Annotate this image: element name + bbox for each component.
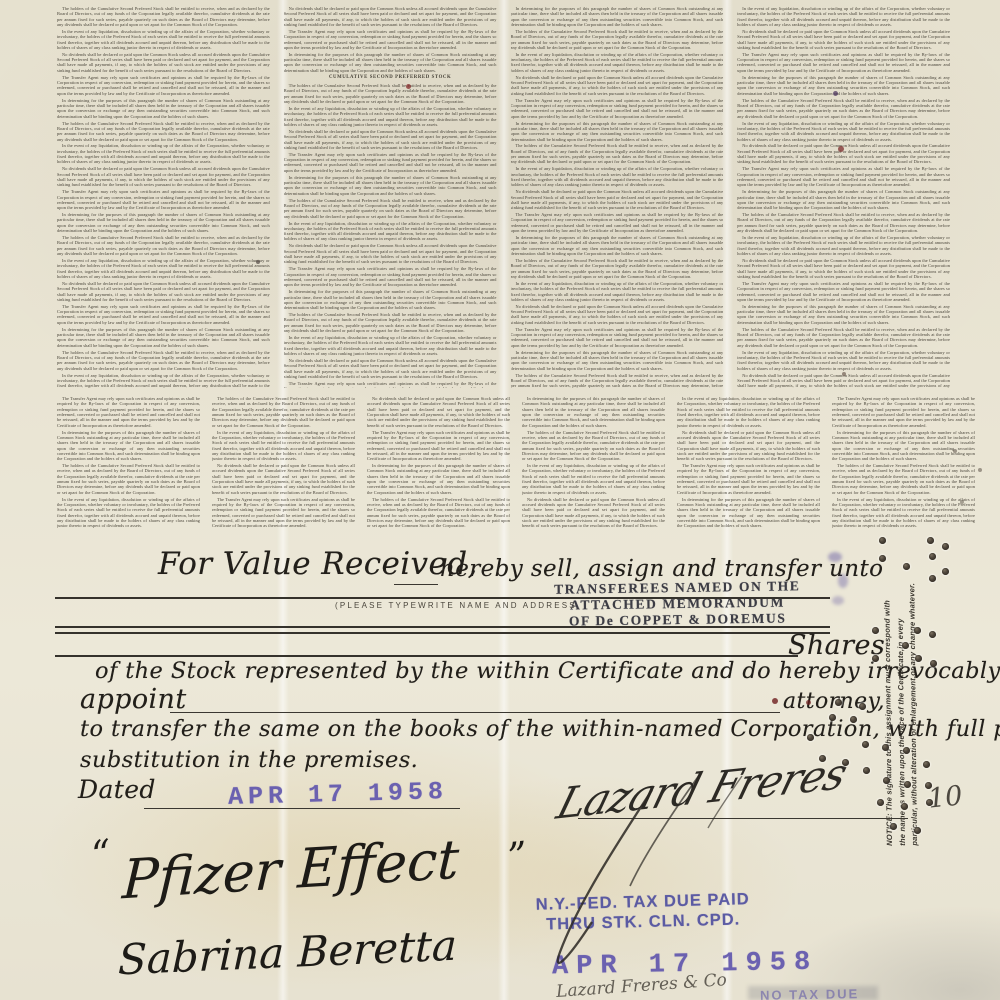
punch-hole (925, 782, 932, 789)
punch-hole (819, 755, 826, 762)
punch-hole (927, 537, 934, 544)
punch-hole (890, 823, 897, 830)
punch-hole (862, 741, 869, 748)
punch-hole (872, 655, 879, 662)
for-value-received-text: For Value Received, (158, 546, 478, 582)
tax-stamp-line2: THRU STK. CLN. CPD. (536, 909, 750, 935)
handwritten-number-10: 10 (926, 780, 963, 814)
substitution-text: substitution in the premises. (80, 747, 418, 773)
punch-hole (914, 827, 921, 834)
certificate-back-page: The holders of the Cumulative Second Pre… (0, 0, 1000, 1000)
ink-speck (772, 698, 778, 704)
stock-represented-text: of the Stock represented by the within C… (95, 658, 1000, 684)
punch-hole (872, 627, 879, 634)
transferees-stamp: TRANSFEREES NAMED ON THE ATTACHED MEMORA… (545, 578, 811, 630)
transferee-rule-2 (55, 626, 830, 628)
assignor-blank-line (394, 584, 438, 585)
punch-hole (850, 716, 857, 723)
punch-hole (902, 642, 909, 649)
legal-text-column: The Transfer Agent may rely upon such ce… (57, 396, 200, 530)
ink-speck (960, 500, 964, 504)
hereby-sell-text: hereby sell, assign and transfer unto (440, 556, 883, 582)
ink-speck (978, 468, 982, 472)
corner-stamp-partial: NO TAX DUE (760, 986, 859, 1000)
transferee-rule-1 (55, 597, 830, 599)
legal-text-column: The Transfer Agent may rely upon such ce… (832, 396, 975, 530)
punch-hole (929, 631, 936, 638)
attorney-label: attorney, (783, 689, 885, 714)
legal-text-column: In determining for the purposes of this … (511, 6, 724, 388)
ink-speck (806, 700, 811, 705)
legal-text-column: In determining for the purposes of this … (522, 396, 665, 530)
punch-hole (903, 747, 910, 754)
legal-text-column: No dividends shall be declared or paid u… (284, 6, 497, 388)
ink-smudge (832, 596, 844, 605)
punch-hole (942, 543, 949, 550)
tax-paid-stamp: N.Y.-FED. TAX DUE PAID THRU STK. CLN. CP… (536, 889, 751, 935)
ink-speck (842, 372, 846, 376)
transferee-rule-3 (55, 632, 830, 634)
attorney-blank-line (170, 712, 780, 713)
punch-hole (883, 777, 890, 784)
ink-speck (406, 84, 411, 89)
date-stamp-top: APR 17 1958 (228, 777, 449, 812)
ink-smudge (838, 574, 848, 588)
punch-hole (829, 714, 836, 721)
handwriting-pfizer-effect: Pfizer Effect (121, 828, 460, 912)
transfer-books-text: to transfer the same on the books of the… (80, 716, 1000, 742)
ink-smudge (828, 552, 842, 562)
punch-hole (923, 761, 930, 768)
punch-hole (807, 734, 814, 741)
punch-hole (877, 799, 884, 806)
legal-text-bottom: The Transfer Agent may rely upon such ce… (57, 396, 990, 530)
quote-close-mark: ” (506, 833, 530, 879)
legal-text-column: The holders of the Cumulative Second Pre… (212, 396, 355, 530)
punch-hole (901, 803, 908, 810)
dated-label: Dated (78, 775, 156, 804)
shares-label: Shares (788, 630, 885, 661)
punch-hole (859, 703, 866, 710)
punch-hole (879, 537, 886, 544)
legal-text-column: In the event of any liquidation, dissolu… (737, 6, 950, 388)
ink-speck (838, 146, 844, 152)
punch-hole (914, 627, 921, 634)
punch-hole (904, 781, 911, 788)
handwriting-sabrina-beretta: Sabrina Beretta (118, 921, 458, 985)
legal-text-column: No dividends shall be declared or paid u… (367, 396, 510, 530)
punch-hole (879, 555, 886, 562)
notice-vertical: NOTICE: The signature to this assignment… (881, 546, 922, 846)
punch-hole (882, 744, 889, 751)
ink-speck (833, 91, 838, 96)
ink-speck (256, 260, 260, 264)
punch-hole (942, 568, 949, 575)
punch-hole (926, 799, 933, 806)
punch-hole (929, 575, 936, 582)
signature-lazard: Lazard Freres (552, 748, 853, 829)
legal-text-column: The holders of the Cumulative Second Pre… (57, 6, 270, 388)
punch-hole (863, 767, 870, 774)
legal-text-top: The holders of the Cumulative Second Pre… (57, 6, 950, 388)
notice-line3: particular, without alteration or enlarg… (906, 546, 922, 846)
shares-rule (55, 655, 798, 657)
quote-open-mark: “ (89, 831, 114, 877)
appoint-label: appoint (80, 684, 187, 715)
legal-text-column: In the event of any liquidation, dissolu… (677, 396, 820, 530)
punch-hole (835, 699, 842, 706)
punch-hole (842, 759, 849, 766)
punch-hole (929, 553, 936, 560)
typewrite-caption: (PLEASE TYPEWRITE NAME AND ADDRESS (335, 601, 577, 610)
punch-hole (930, 660, 937, 667)
ink-speck (953, 449, 957, 453)
punch-hole (915, 655, 922, 662)
punch-hole (903, 563, 910, 570)
